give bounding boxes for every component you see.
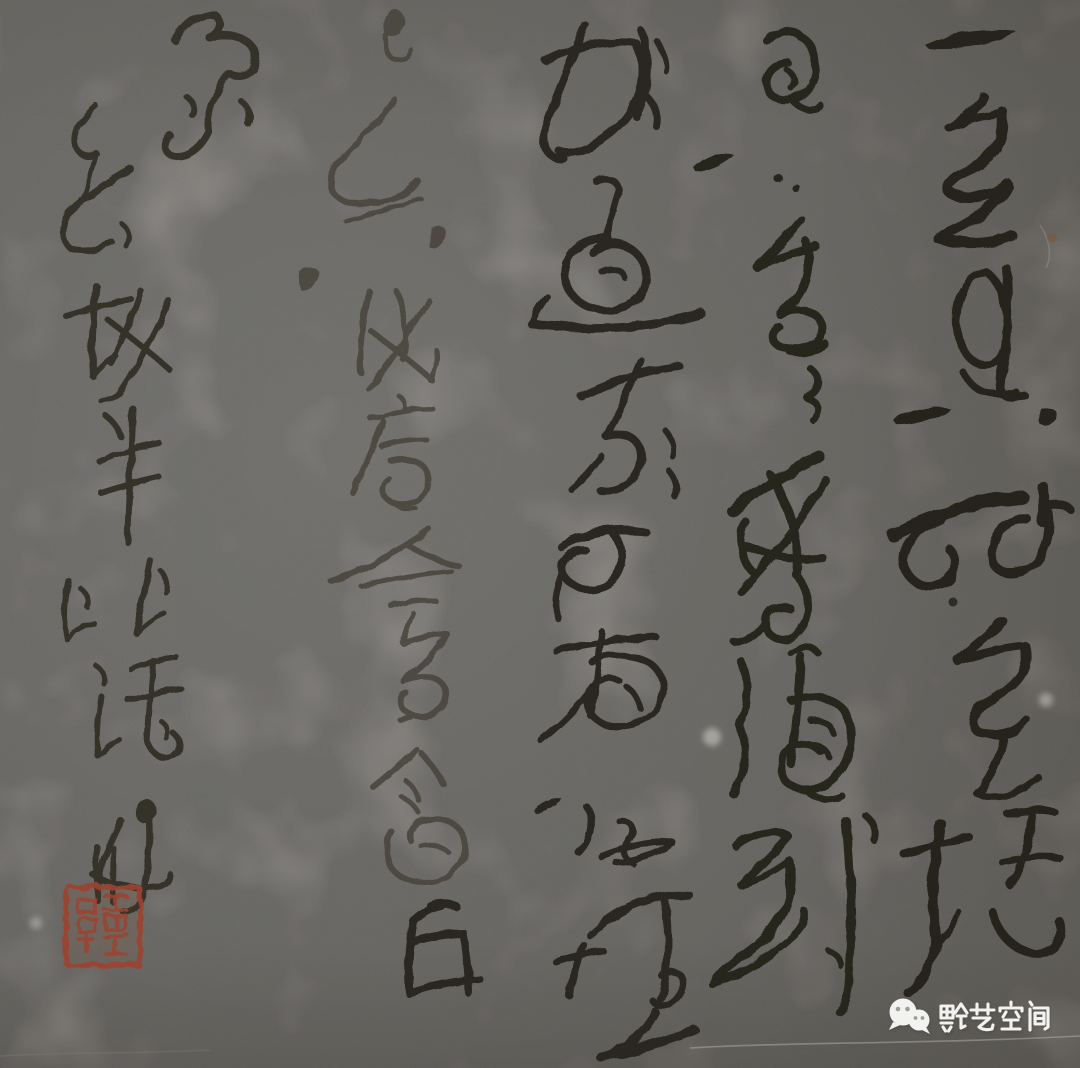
calligraphy-artwork: 黔艺空间 Chinese cursive calligraphy (caoshu… <box>0 0 1080 1068</box>
artist-seal <box>66 887 140 965</box>
paper-spot <box>703 728 721 746</box>
paper-speck <box>1047 234 1057 242</box>
artwork-canvas <box>0 0 1080 1068</box>
